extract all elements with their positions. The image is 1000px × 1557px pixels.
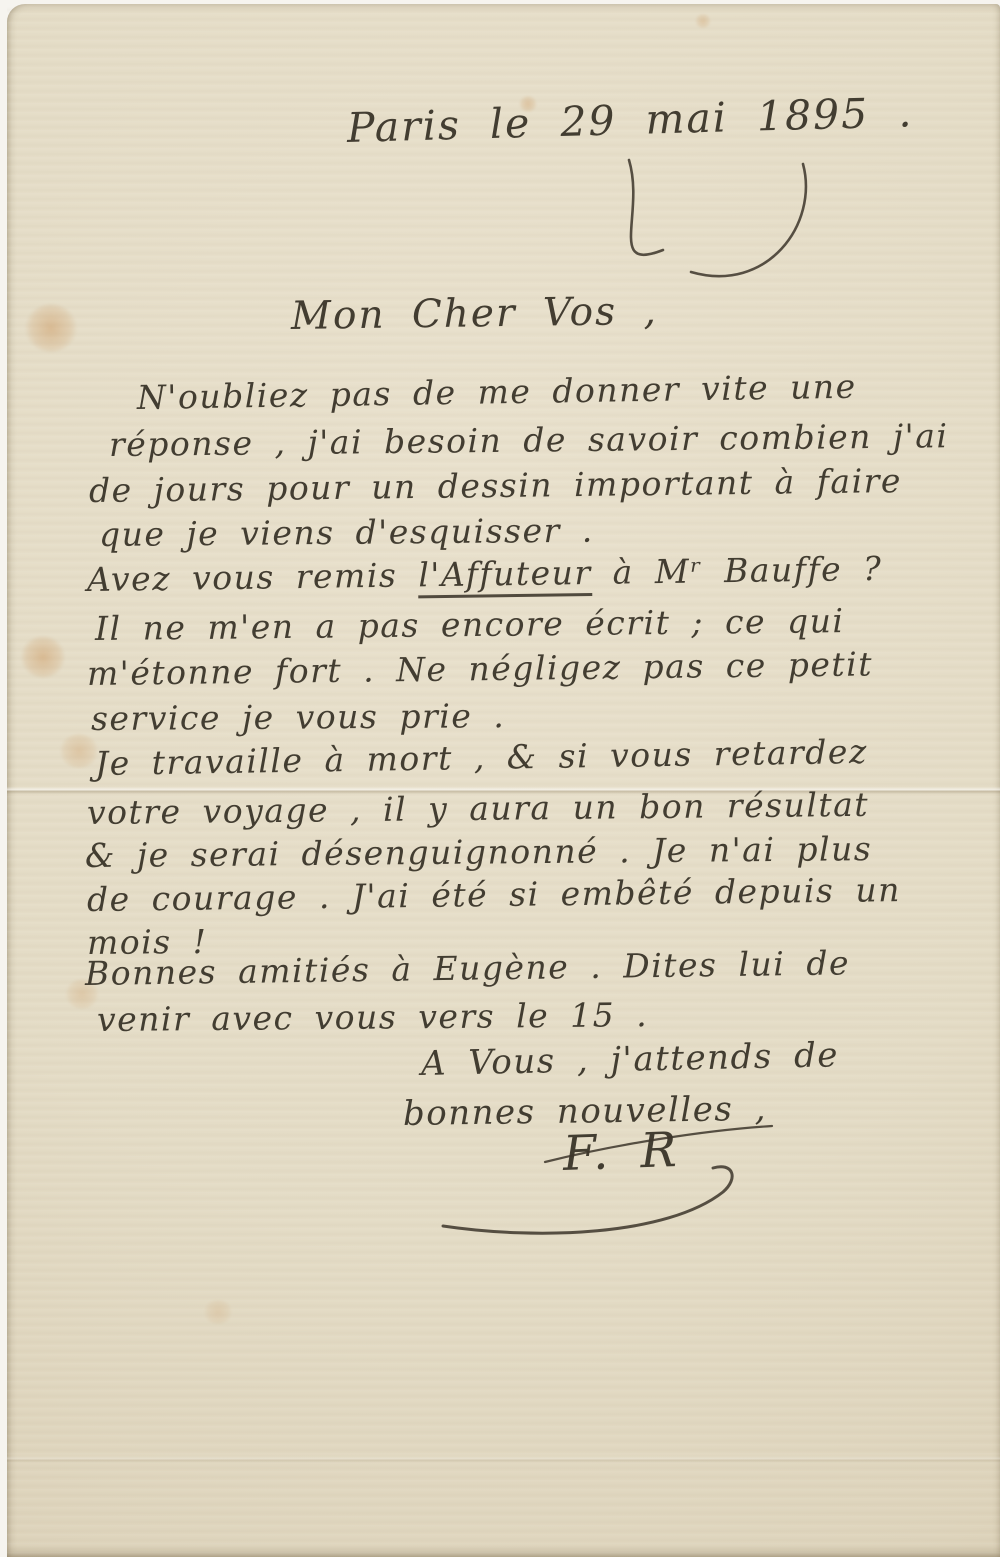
fold-crease-faint [7,1456,1000,1463]
date-line: Paris le 29 mai 1895 . [346,88,914,152]
salutation-line: Mon Cher Vos , [291,289,658,339]
body-line: & je serai désenguignonné . Je n'ai plus [85,829,873,875]
foxing-stain [203,1300,233,1324]
body-line: que je viens d'esquisser . [99,511,594,554]
body-line: service je vous prie . [91,696,506,738]
body-line: de jours pour un dessin important à fair… [89,461,902,510]
affuteur-underlined-word: l'Affuteur [418,553,592,598]
body-line: réponse , j'ai besoin de savoir combien … [109,416,949,464]
body-line: de courage . J'ai été si embêté depuis u… [87,870,901,919]
letter-paper: Paris le 29 mai 1895 . Mon Cher Vos , N'… [7,4,1000,1557]
affuteur-line: Avez vous remis l'Affuteur à Mʳ Bauffe ? [87,549,883,599]
affuteur-line-post: à Mʳ Bauffe ? [591,549,882,592]
foxing-stain [695,14,711,28]
signature-initials: F. R [562,1122,681,1182]
body-line: Je travaille à mort , & si vous retardez [95,732,868,783]
foxing-stain [59,734,99,768]
foxing-stain [25,304,77,352]
body-line: venir avec vous vers le 15 . [97,995,648,1039]
letter-scan: Paris le 29 mai 1895 . Mon Cher Vos , N'… [0,0,1000,1557]
affuteur-line-pre: Avez vous remis [87,555,419,599]
closing-line: A Vous , j'attends de [421,1035,840,1084]
foxing-stain [21,636,65,678]
body-line: N'oubliez pas de me donner vite une [137,367,857,417]
body-line: m'étonne fort . Ne négligez pas ce petit [87,644,873,693]
body-line: votre voyage , il y aura un bon résultat [87,785,869,832]
body-line: Il ne m'en a pas encore écrit ; ce qui [95,601,845,648]
